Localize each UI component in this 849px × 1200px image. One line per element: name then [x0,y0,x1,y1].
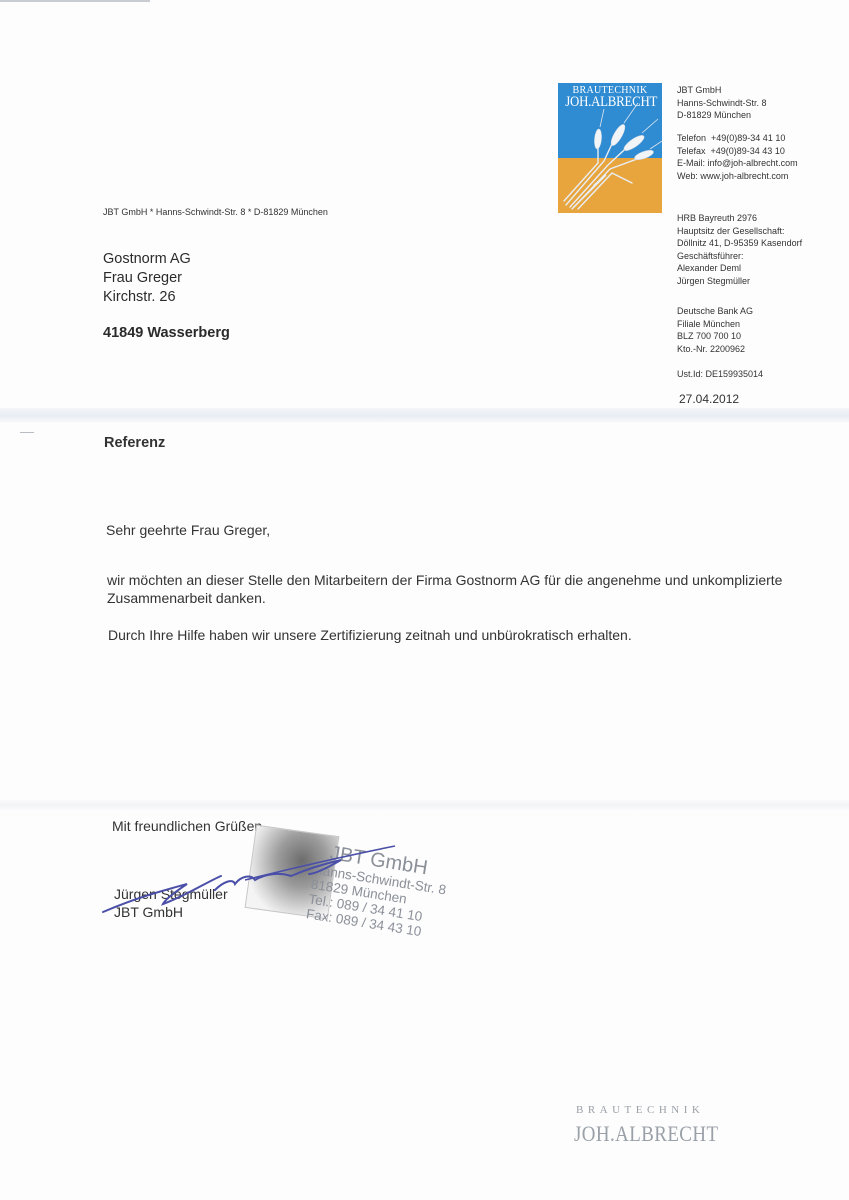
page-edge [0,0,150,2]
company-contact-block: Telefon +49(0)89-34 41 10 Telefax +49(0)… [677,132,798,182]
email: E-Mail: info@joh-albrecht.com [677,157,798,170]
register-number: HRB Bayreuth 2976 [677,212,802,225]
body-paragraph-1: wir möchten an dieser Stelle den Mitarbe… [107,571,787,607]
company-name: JBT GmbH [677,84,767,97]
footer-name-line: JOH.ALBRECHT [574,1121,718,1147]
footer-brand-line: BRAUTECHNIK [576,1104,704,1116]
body-paragraph-2: Durch Ihre Hilfe haben wir unsere Zertif… [108,626,788,644]
recipient-city: 41849 Wasserberg [103,325,230,341]
bank-code: BLZ 700 700 10 [677,330,753,343]
recipient-address: Gostnorm AG Frau Greger Kirchstr. 26 [103,250,191,307]
phone: Telefon +49(0)89-34 41 10 [677,132,798,145]
recipient-name: Frau Greger [103,269,191,288]
company-address-block: JBT GmbH Hanns-Schwindt-Str. 8 D-81829 M… [677,84,767,122]
logo-name-line: JOH.ALBRECHT [565,94,654,111]
bank-branch: Filiale München [677,318,753,331]
letter-date: 27.04.2012 [679,392,739,406]
manager-1: Alexander Deml [677,262,802,275]
letter-subject: Referenz [104,435,165,451]
handwritten-signature [95,840,415,920]
manager-2: Jürgen Stegmüller [677,275,802,288]
company-register-block: HRB Bayreuth 2976 Hauptsitz der Gesellsc… [677,212,802,287]
paper-fold [0,408,849,422]
recipient-company: Gostnorm AG [103,250,191,269]
company-street: Hanns-Schwindt-Str. 8 [677,97,767,110]
recipient-street: Kirchstr. 26 [103,288,191,307]
sender-return-line: JBT GmbH * Hanns-Schwindt-Str. 8 * D-818… [103,207,328,217]
vat-id: Ust.Id: DE159935014 [677,368,763,381]
salutation: Sehr geehrte Frau Greger, [106,522,270,538]
bank-details-block: Deutsche Bank AG Filiale München BLZ 700… [677,305,753,355]
company-logo: BRAUTECHNIK JOH.ALBRECHT [558,83,662,213]
fold-mark [20,432,34,433]
bank-name: Deutsche Bank AG [677,305,753,318]
managers-label: Geschäftsführer: [677,250,802,263]
fax: Telefax +49(0)89-34 43 10 [677,145,798,158]
account-number: Kto.-Nr. 2200962 [677,343,753,356]
paper-fold-lower [0,800,849,810]
company-city: D-81829 München [677,109,767,122]
closing-phrase: Mit freundlichen Grüßen [112,818,262,834]
headquarters-label: Hauptsitz der Gesellschaft: [677,225,802,238]
website: Web: www.joh-albrecht.com [677,170,798,183]
headquarters-address: Döllnitz 41, D-95359 Kasendorf [677,237,802,250]
